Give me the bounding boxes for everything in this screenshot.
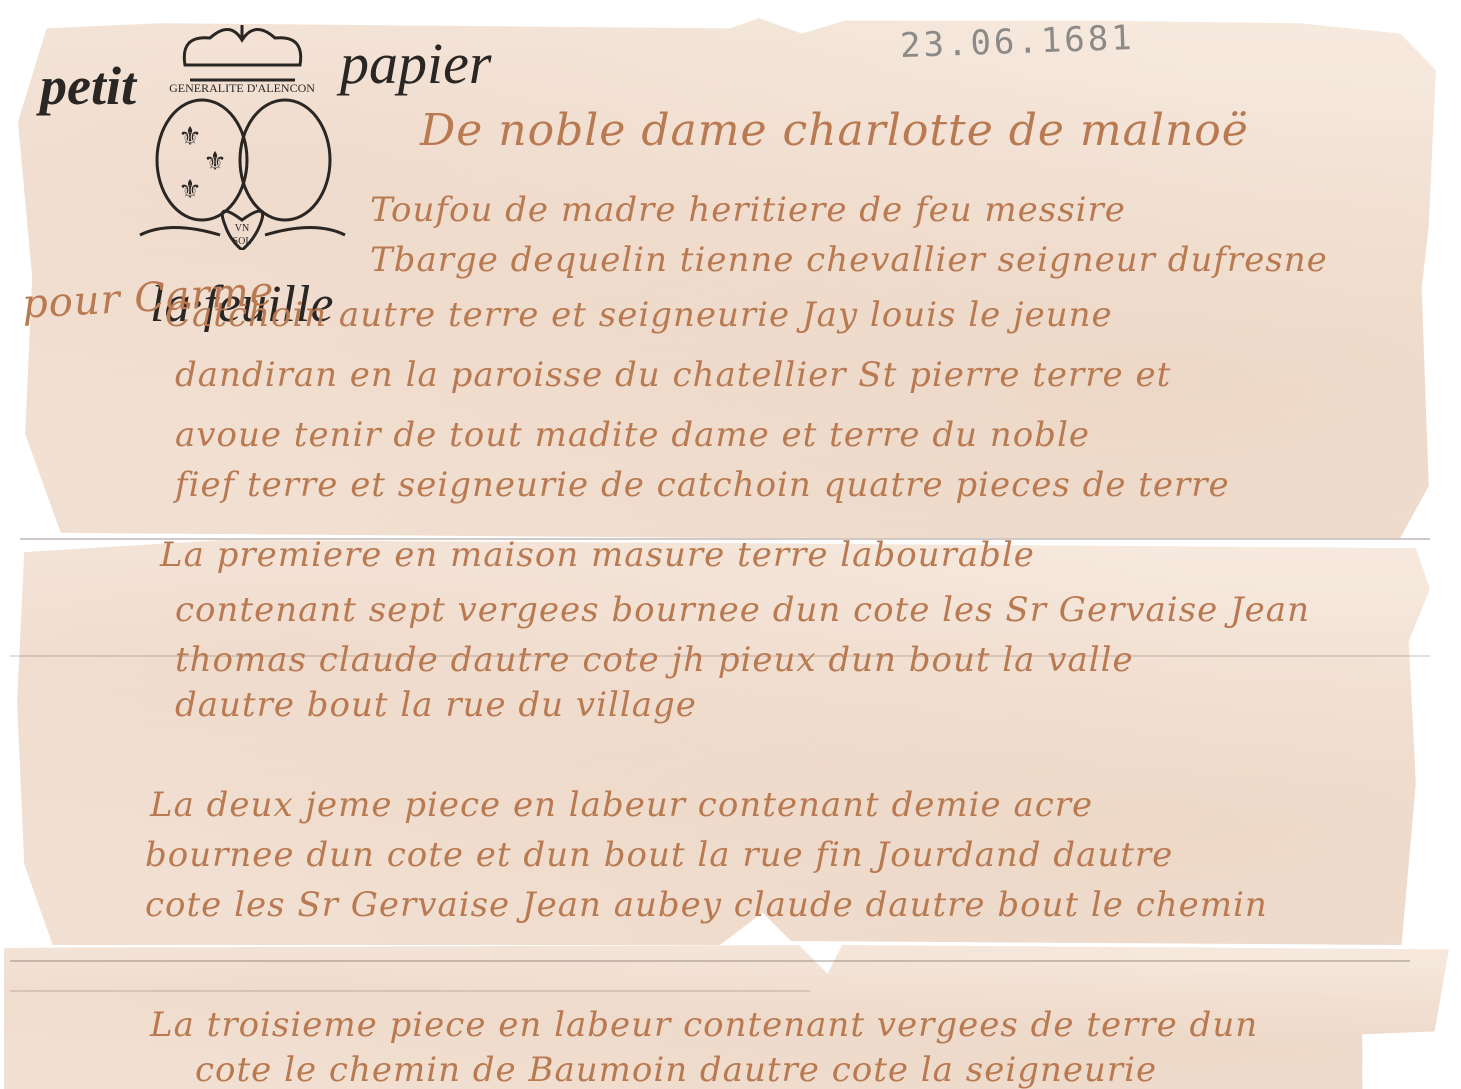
text-line: thomas claude dautre cote jh pieux dun b…	[175, 640, 1134, 680]
text-line: La troisieme piece en labeur contenant v…	[150, 1005, 1258, 1045]
archive-date: 23.06.1681	[899, 18, 1135, 66]
text-line: Tbarge dequelin tienne chevallier seigne…	[370, 240, 1328, 280]
stamp-heart-line1: VN	[235, 223, 249, 234]
text-line: De noble dame charlotte de malnoë	[420, 105, 1249, 156]
stamp-ring-text: GENERALITE D'ALENCON	[169, 81, 315, 95]
text-line: dautre bout la rue du village	[175, 685, 697, 725]
text-line: dandiran en la paroisse du chatellier St…	[175, 355, 1171, 395]
text-line: contenant sept vergees bournee dun cote …	[175, 590, 1310, 630]
text-line: fief terre et seigneurie de catchoin qua…	[175, 465, 1230, 505]
stamp-papier: papier	[340, 30, 491, 97]
text-line: La premiere en maison masure terre labou…	[160, 535, 1035, 575]
scanned-document: 23.06.1681 petit papier ⚜ ⚜ ⚜ VN SOL GEN…	[0, 0, 1461, 1089]
text-line: bournee dun cote et dun bout la rue fin …	[145, 835, 1173, 875]
text-line: avoue tenir de tout madite dame et terre…	[175, 415, 1090, 455]
fold-line	[10, 960, 1410, 962]
svg-text:⚜: ⚜	[178, 122, 201, 152]
svg-text:⚜: ⚜	[203, 147, 226, 177]
text-line: cote le chemin de Baumoin dautre cote la…	[195, 1050, 1157, 1089]
text-line: Toufou de madre heritiere de feu messire	[370, 190, 1126, 230]
stamp-petit: petit	[40, 55, 136, 117]
text-line: La deux jeme piece en labeur contenant d…	[150, 785, 1093, 825]
fold-line	[10, 990, 810, 992]
stamp-heart-line2: SOL	[233, 236, 252, 247]
text-line: Catchoin autre terre et seigneurie Jay l…	[165, 295, 1113, 335]
svg-text:⚜: ⚜	[178, 175, 201, 205]
fleur-de-lis-seal-icon: ⚜ ⚜ ⚜ VN SOL GENERALITE D'ALENCON	[130, 20, 355, 250]
text-line: cote les Sr Gervaise Jean aubey claude d…	[145, 885, 1268, 925]
